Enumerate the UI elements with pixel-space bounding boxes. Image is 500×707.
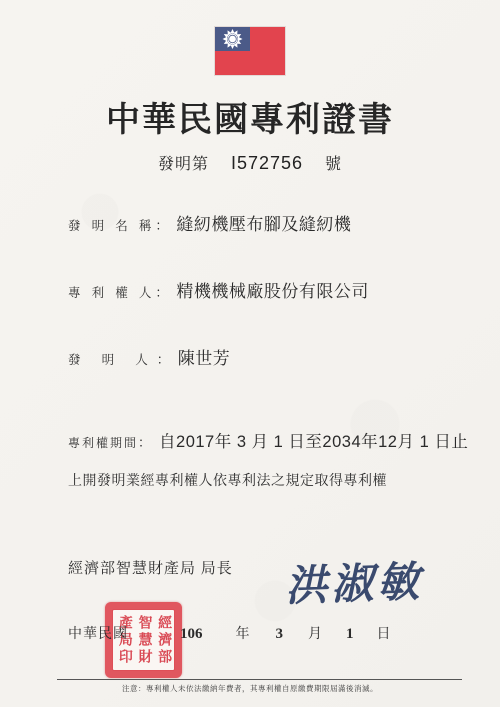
field-invention-name: 發 明 名 稱： 縫紉機壓布腳及縫紉機 <box>68 210 488 235</box>
director-signature: 洪淑敏 <box>284 548 436 613</box>
date-year-unit: 年 <box>236 623 250 643</box>
field-label: 發 明 人 <box>68 350 157 368</box>
date-month: 3 <box>276 626 284 643</box>
footnote: 注意：專利權人未依法繳納年費者，其專利權自原繳費期限屆滿後消滅。 <box>0 683 500 694</box>
footer-divider <box>57 679 462 680</box>
field-label: 專 利 權 人 <box>68 283 155 301</box>
field-label: 發 明 名 稱 <box>68 216 155 234</box>
field-colon: ： <box>157 349 170 368</box>
field-inventor: 發 明 人： 陳世芳 <box>68 344 488 369</box>
field-value: 陳世芳 <box>178 344 231 369</box>
field-patent-term: 專利權期間： 自2017年 3 月 1 日至2034年12月 1 日止 <box>68 428 488 452</box>
field-value: 自2017年 3 月 1 日至2034年12月 1 日止 <box>159 428 468 452</box>
flag-canton <box>215 27 250 51</box>
patent-number-suffix: 號 <box>325 151 342 174</box>
issue-date-line: 中華民國 106 年 3 月 1 日 <box>68 623 468 643</box>
field-colon: ： <box>138 432 151 451</box>
patent-number-prefix: 發明第 <box>158 151 209 174</box>
issuer-title: 經濟部智慧財產局 局長 <box>68 557 233 578</box>
field-colon: ： <box>155 215 168 234</box>
certificate-title: 中華民國專利證書 <box>0 92 500 141</box>
grant-statement: 上開發明業經專利權人依專利法之規定取得專利權 <box>68 470 387 490</box>
sun-icon <box>215 27 250 51</box>
field-label: 專利權期間 <box>68 434 138 451</box>
patent-number-line: 發明第 I572756 號 <box>0 151 500 174</box>
date-month-unit: 月 <box>308 623 322 643</box>
date-year: 106 <box>180 626 203 643</box>
date-day: 1 <box>346 626 354 643</box>
field-value: 精機機械廠股份有限公司 <box>176 277 369 302</box>
field-patentee: 專 利 權 人： 精機機械廠股份有限公司 <box>68 277 488 302</box>
date-day-unit: 日 <box>377 623 391 643</box>
date-era: 中華民國 <box>68 623 128 643</box>
roc-flag-icon <box>215 27 285 75</box>
patent-number: I572756 <box>231 153 303 174</box>
field-value: 縫紉機壓布腳及縫紉機 <box>176 210 351 235</box>
field-colon: ： <box>155 282 168 301</box>
